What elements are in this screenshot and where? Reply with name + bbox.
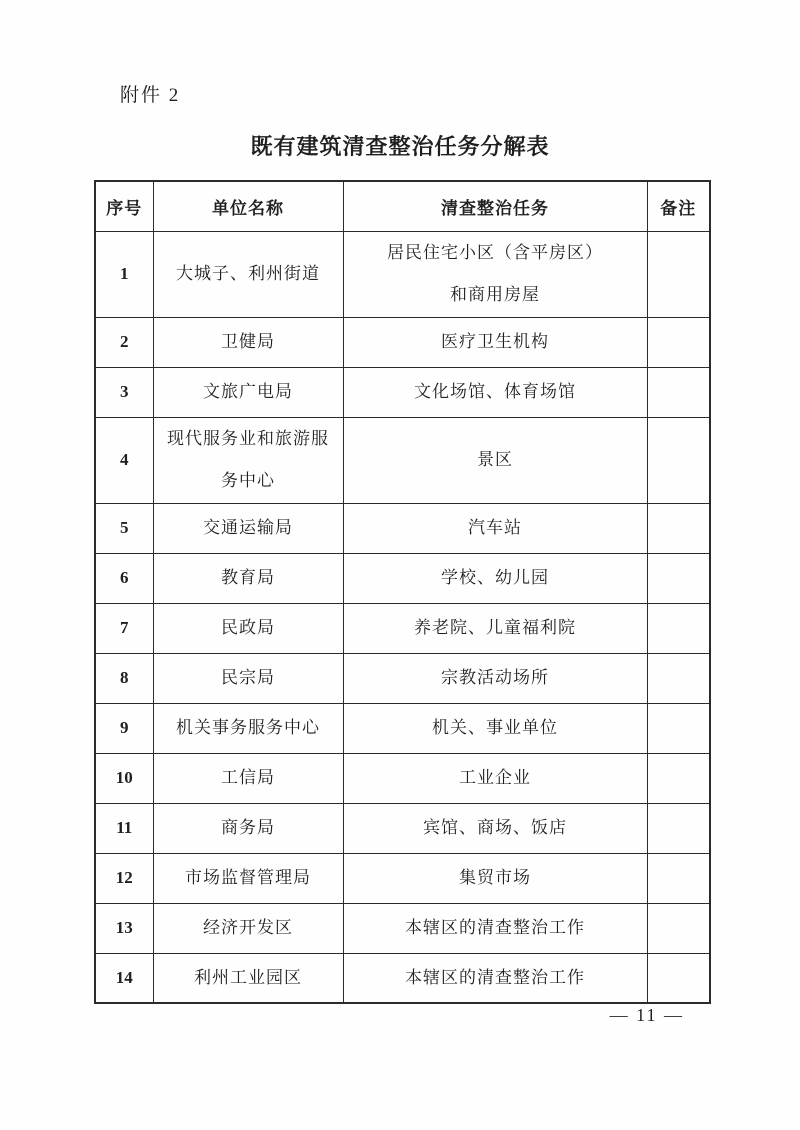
task-cell: 医疗卫生机构 xyxy=(343,317,647,367)
table-row: 1大城子、利州街道居民住宅小区（含平房区） 和商用房屋 xyxy=(95,231,710,317)
seq-cell: 14 xyxy=(95,953,153,1003)
unit-cell: 民宗局 xyxy=(153,653,343,703)
remark-cell xyxy=(647,367,710,417)
unit-cell: 机关事务服务中心 xyxy=(153,703,343,753)
table-row: 11商务局宾馆、商场、饭店 xyxy=(95,803,710,853)
page-number: — 11 — xyxy=(610,1005,684,1026)
unit-cell: 现代服务业和旅游服 务中心 xyxy=(153,417,343,503)
table-header-row: 序号 单位名称 清查整治任务 备注 xyxy=(95,181,710,231)
table-row: 10工信局工业企业 xyxy=(95,753,710,803)
remark-cell xyxy=(647,553,710,603)
unit-cell: 交通运输局 xyxy=(153,503,343,553)
task-cell: 景区 xyxy=(343,417,647,503)
table-row: 9机关事务服务中心机关、事业单位 xyxy=(95,703,710,753)
seq-cell: 7 xyxy=(95,603,153,653)
remark-cell xyxy=(647,803,710,853)
table-row: 14利州工业园区本辖区的清查整治工作 xyxy=(95,953,710,1003)
remark-cell xyxy=(647,417,710,503)
remark-cell xyxy=(647,603,710,653)
table-row: 3文旅广电局文化场馆、体育场馆 xyxy=(95,367,710,417)
seq-cell: 13 xyxy=(95,903,153,953)
page-title: 既有建筑清查整治任务分解表 xyxy=(0,130,800,161)
table-row: 8民宗局宗教活动场所 xyxy=(95,653,710,703)
unit-cell: 卫健局 xyxy=(153,317,343,367)
unit-cell: 经济开发区 xyxy=(153,903,343,953)
header-remark: 备注 xyxy=(647,181,710,231)
remark-cell xyxy=(647,653,710,703)
remark-cell xyxy=(647,503,710,553)
remark-cell xyxy=(647,903,710,953)
task-cell: 养老院、儿童福利院 xyxy=(343,603,647,653)
unit-cell: 市场监督管理局 xyxy=(153,853,343,903)
task-cell: 汽车站 xyxy=(343,503,647,553)
task-cell: 集贸市场 xyxy=(343,853,647,903)
task-cell: 工业企业 xyxy=(343,753,647,803)
task-cell: 居民住宅小区（含平房区） 和商用房屋 xyxy=(343,231,647,317)
header-unit: 单位名称 xyxy=(153,181,343,231)
remark-cell xyxy=(647,853,710,903)
unit-cell: 教育局 xyxy=(153,553,343,603)
seq-cell: 3 xyxy=(95,367,153,417)
task-cell: 机关、事业单位 xyxy=(343,703,647,753)
table-row: 12市场监督管理局集贸市场 xyxy=(95,853,710,903)
unit-cell: 大城子、利州街道 xyxy=(153,231,343,317)
remark-cell xyxy=(647,753,710,803)
table-row: 13经济开发区本辖区的清查整治工作 xyxy=(95,903,710,953)
header-seq: 序号 xyxy=(95,181,153,231)
remark-cell xyxy=(647,317,710,367)
document-page: 附件 2 既有建筑清查整治任务分解表 序号 单位名称 清查整治任务 备注 1大城… xyxy=(0,0,800,1130)
seq-cell: 4 xyxy=(95,417,153,503)
remark-cell xyxy=(647,953,710,1003)
seq-cell: 10 xyxy=(95,753,153,803)
unit-cell: 民政局 xyxy=(153,603,343,653)
task-cell: 学校、幼儿园 xyxy=(343,553,647,603)
table-row: 2卫健局医疗卫生机构 xyxy=(95,317,710,367)
seq-cell: 1 xyxy=(95,231,153,317)
unit-cell: 文旅广电局 xyxy=(153,367,343,417)
task-cell: 宾馆、商场、饭店 xyxy=(343,803,647,853)
table-row: 7民政局养老院、儿童福利院 xyxy=(95,603,710,653)
task-cell: 本辖区的清查整治工作 xyxy=(343,953,647,1003)
table-row: 4现代服务业和旅游服 务中心景区 xyxy=(95,417,710,503)
table-row: 6教育局学校、幼儿园 xyxy=(95,553,710,603)
unit-cell: 商务局 xyxy=(153,803,343,853)
header-task: 清查整治任务 xyxy=(343,181,647,231)
task-table: 序号 单位名称 清查整治任务 备注 1大城子、利州街道居民住宅小区（含平房区） … xyxy=(94,180,711,1004)
task-cell: 文化场馆、体育场馆 xyxy=(343,367,647,417)
unit-cell: 工信局 xyxy=(153,753,343,803)
remark-cell xyxy=(647,231,710,317)
seq-cell: 9 xyxy=(95,703,153,753)
attachment-label: 附件 2 xyxy=(120,80,180,107)
seq-cell: 11 xyxy=(95,803,153,853)
task-cell: 本辖区的清查整治工作 xyxy=(343,903,647,953)
seq-cell: 6 xyxy=(95,553,153,603)
remark-cell xyxy=(647,703,710,753)
seq-cell: 12 xyxy=(95,853,153,903)
unit-cell: 利州工业园区 xyxy=(153,953,343,1003)
seq-cell: 5 xyxy=(95,503,153,553)
task-cell: 宗教活动场所 xyxy=(343,653,647,703)
seq-cell: 2 xyxy=(95,317,153,367)
seq-cell: 8 xyxy=(95,653,153,703)
table-row: 5交通运输局汽车站 xyxy=(95,503,710,553)
